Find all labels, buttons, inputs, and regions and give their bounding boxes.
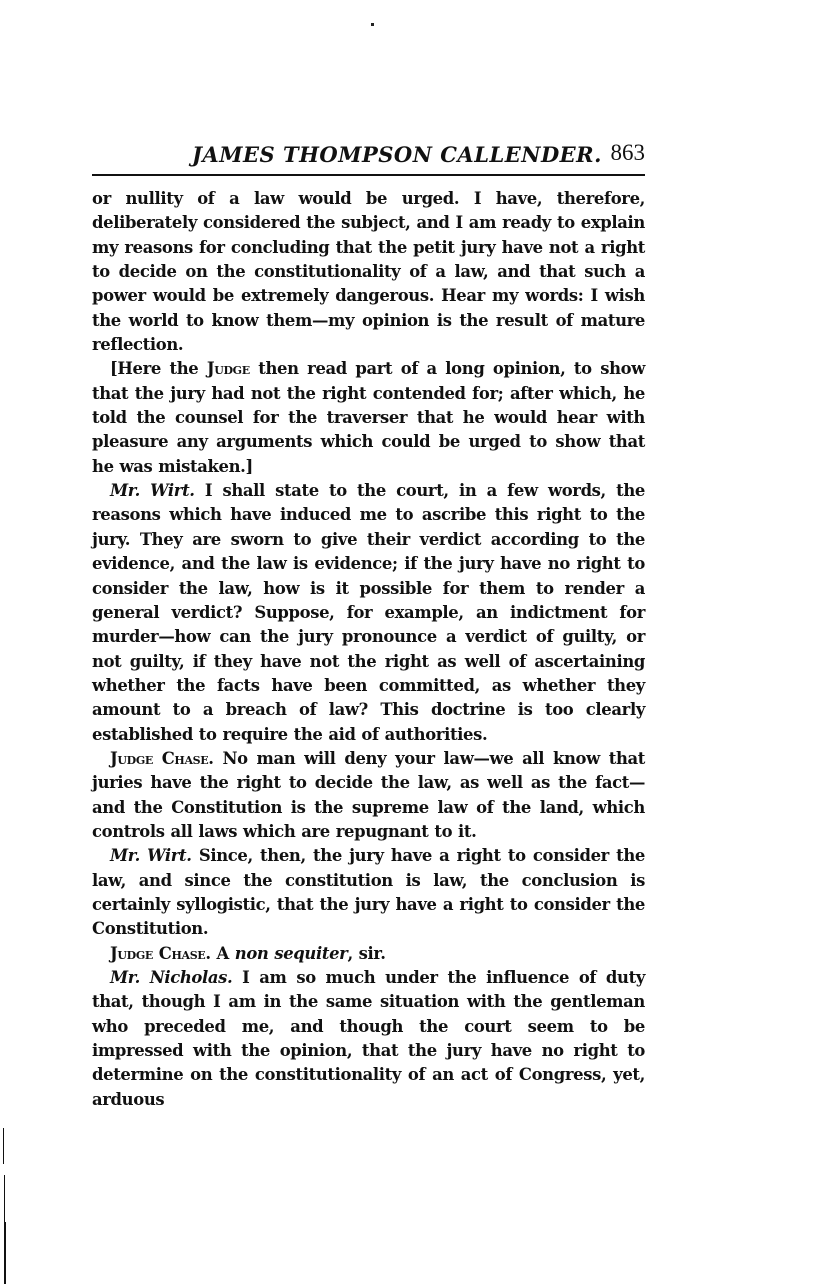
paragraph-chase-1: Judge Chase. No man will deny your law—w… <box>92 747 645 844</box>
running-title: JAMES THOMPSON CALLENDER. <box>192 142 602 167</box>
paragraph-chase-2: Judge Chase. A non sequiter, sir. <box>92 942 645 966</box>
paragraph-text: or nullity of a law would be urged. I ha… <box>92 189 645 354</box>
paragraph-text: , sir. <box>347 944 385 963</box>
paragraph-text: I am so much under the influence of duty… <box>92 968 645 1109</box>
scan-speck <box>371 23 374 26</box>
paragraph-pre: A <box>211 944 235 963</box>
paragraph-wirt-1: Mr. Wirt. I shall state to the court, in… <box>92 479 645 747</box>
speaker-name: Mr. Wirt. <box>110 481 195 500</box>
speaker-name: Mr. Wirt. <box>110 846 192 865</box>
paragraph-editorial-note: [Here the Judge then read part of a long… <box>92 357 645 479</box>
header-rule <box>92 174 645 176</box>
judge-smallcaps: Judge <box>207 359 250 378</box>
scan-edge-mark <box>3 1128 4 1164</box>
scan-edge-mark <box>5 1222 6 1284</box>
page-body: or nullity of a law would be urged. I ha… <box>92 187 645 1112</box>
speaker-name: Judge Chase. <box>110 749 214 768</box>
paragraph-nicholas: Mr. Nicholas. I am so much under the inf… <box>92 966 645 1112</box>
paragraph-wirt-2: Mr. Wirt. Since, then, the jury have a r… <box>92 844 645 941</box>
page-number: 863 <box>611 140 646 166</box>
paragraph-continuation: or nullity of a law would be urged. I ha… <box>92 187 645 357</box>
speaker-name: Judge Chase. <box>110 944 211 963</box>
paragraph-pre: [Here the <box>110 359 207 378</box>
latin-phrase: non sequiter <box>235 944 348 963</box>
paragraph-text: I shall state to the court, in a few wor… <box>92 481 645 743</box>
speaker-name: Mr. Nicholas. <box>110 968 232 987</box>
running-head: JAMES THOMPSON CALLENDER. 863 <box>92 138 645 170</box>
